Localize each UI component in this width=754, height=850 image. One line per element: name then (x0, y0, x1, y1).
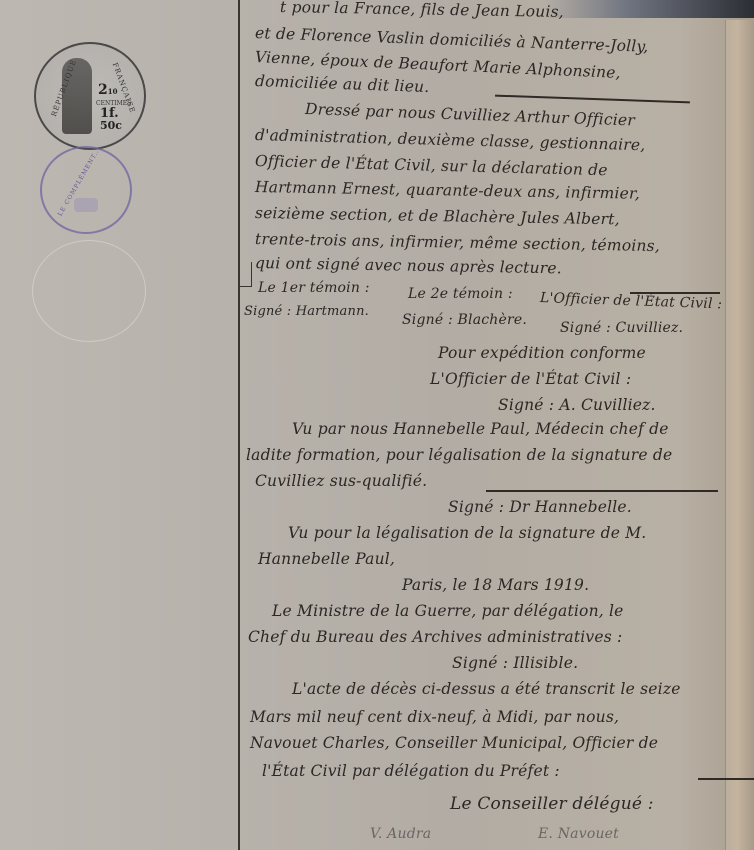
legalisation-line: Le Ministre de la Guerre, par délégation… (272, 602, 624, 620)
legalisation-line: Hannebelle Paul, (258, 550, 395, 568)
witness2-signature: Signé : Blachère. (402, 312, 527, 328)
legalisation-signature: Signé : Dr Hannebelle. (448, 498, 632, 516)
tax-stamp: RÉPUBLIQUE FRANÇAISE 210 CENTIMES 1f.50c (34, 42, 146, 150)
transcription-line: L'acte de décès ci-dessus a été transcri… (292, 680, 681, 698)
line-filler-rule (486, 490, 718, 492)
text-line: d'administration, deuxième classe, gesti… (255, 126, 646, 154)
text-line: qui ont signé avec nous après lecture. (255, 254, 562, 277)
text-line: trente-trois ans, infirmier, même sectio… (255, 230, 660, 255)
certification-line: L'Officier de l'État Civil : (430, 370, 631, 388)
legalisation-line: Vu pour la légalisation de la signature … (288, 524, 646, 542)
legalisation-line: ladite formation, pour légalisation de l… (246, 446, 672, 464)
seal-emblem-icon (74, 198, 98, 212)
stamp-value-bottom: 1f.50c (100, 108, 122, 132)
transcription-line: l'État Civil par délégation du Préfet : (262, 762, 560, 780)
legalisation-line: Chef du Bureau des Archives administrati… (248, 628, 622, 646)
page-edge (725, 20, 754, 850)
legalisation-signature: Signé : Illisible. (452, 654, 578, 672)
transcription-line: Mars mil neuf cent dix-neuf, à Midi, par… (250, 708, 619, 726)
text-line: Officier de l'État Civil, sur la déclara… (255, 152, 608, 179)
faint-embossed-circle (32, 240, 146, 342)
witness1-signature: Signé : Hartmann. (244, 304, 369, 319)
text-line: Hartmann Ernest, quarante-deux ans, infi… (255, 178, 640, 203)
legalisation-date: Paris, le 18 Mars 1919. (402, 576, 589, 594)
certification-line: Pour expédition conforme (438, 344, 646, 362)
certification-line: Signé : A. Cuvilliez. (498, 396, 656, 414)
text-line: t pour la France, fils de Jean Louis, (280, 0, 564, 21)
text-line: seizième section, et de Blachère Jules A… (255, 204, 620, 228)
margin-bracket-foot (240, 286, 252, 287)
officer-signature: Signé : Cuvilliez. (560, 320, 683, 336)
margin-rule (238, 0, 240, 850)
witness1-header: Le 1er témoin : (258, 280, 370, 296)
line-filler-rule (698, 778, 754, 780)
text-line: Dressé par nous Cuvilliez Arthur Officie… (305, 100, 636, 130)
transcription-line: Navouet Charles, Conseiller Municipal, O… (250, 734, 658, 752)
legalisation-line: Vu par nous Hannebelle Paul, Médecin che… (292, 420, 669, 438)
background-shadow (544, 0, 754, 18)
margin-bracket (251, 262, 252, 287)
document-page: RÉPUBLIQUE FRANÇAISE 210 CENTIMES 1f.50c… (0, 0, 754, 850)
conseiller-header: Le Conseiller délégué : (450, 794, 654, 814)
bottom-signature: V. Audra (370, 826, 431, 842)
text-line: domiciliée au dit lieu. (255, 72, 430, 96)
stamp-value-top: 210 (98, 82, 118, 98)
witness2-header: Le 2e témoin : (408, 286, 513, 302)
line-filler-rule (495, 95, 690, 103)
bottom-signature: E. Navouet (538, 826, 619, 842)
legalisation-line: Cuvilliez sus-qualifié. (255, 472, 427, 490)
official-seal: LE COMPLÉMENT... (40, 146, 132, 234)
